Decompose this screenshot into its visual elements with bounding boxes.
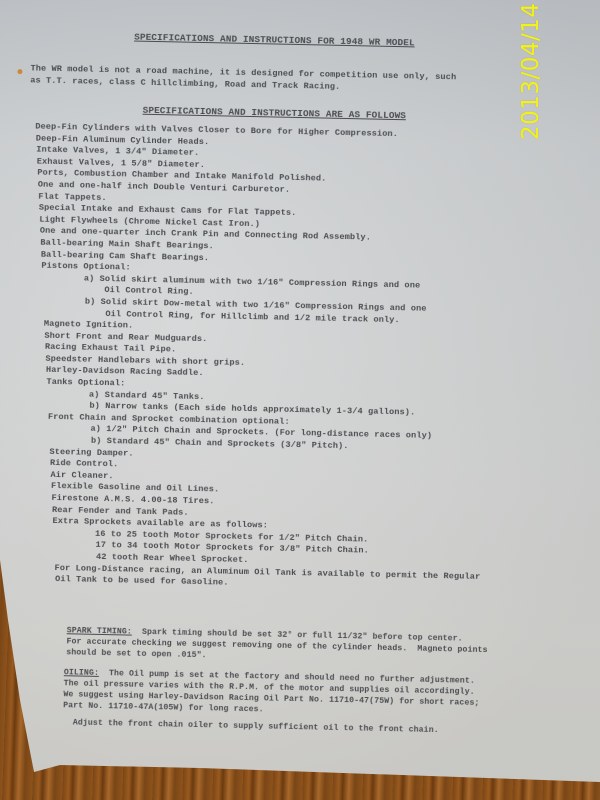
document-subtitle: SPECIFICATIONS AND INSTRUCTIONS ARE AS F… <box>143 105 407 122</box>
spark-timing-line: should be set to open .015". <box>66 648 207 660</box>
oiling-line: Part No. 11710-47A(105W) for long races. <box>63 701 264 714</box>
spark-timing-paragraph: SPARK TIMING: Spark timing should be set… <box>66 625 488 667</box>
spec-list: Deep-Fin Cylinders with Valves Closer to… <box>26 121 490 594</box>
closing-note: Adjust the front chain oiler to supply s… <box>73 717 439 736</box>
oiling-heading: OILING: <box>64 668 99 678</box>
photo-date-stamp: 2013/04/14 <box>518 2 544 140</box>
oiling-paragraph: OILING: The Oil pump is set at the facto… <box>63 667 480 720</box>
document-title: SPECIFICATIONS AND INSTRUCTIONS FOR 1948… <box>134 32 415 49</box>
intro-paragraph: The WR model is not a road machine, it i… <box>30 62 590 98</box>
spark-timing-heading: SPARK TIMING: <box>67 626 132 636</box>
bullet-dot-icon <box>17 69 22 74</box>
document: SPECIFICATIONS AND INSTRUCTIONS FOR 1948… <box>0 0 600 800</box>
